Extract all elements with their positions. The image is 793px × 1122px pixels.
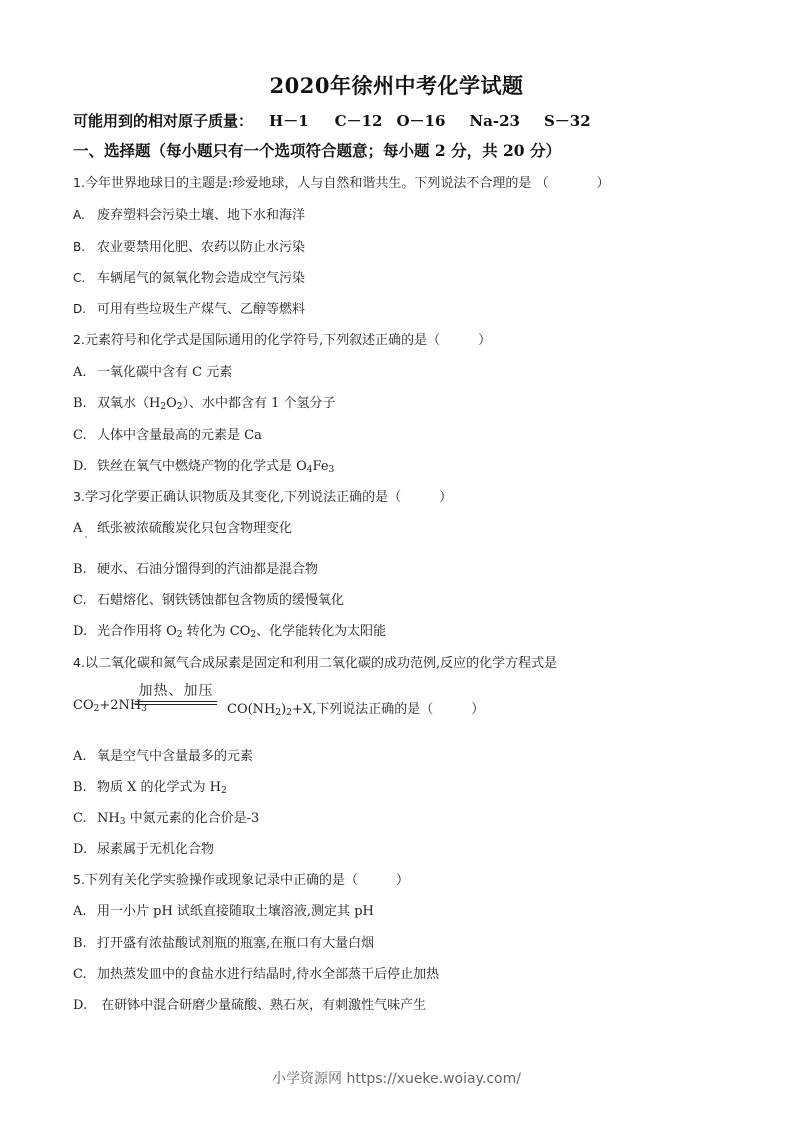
question-text: 元素符号和化学式是国际通用的化学符号,下列叙述正确的是 bbox=[85, 333, 427, 348]
question-2-option-b: B.双氧水（H2O2）、水中都含有 1 个氢分子 bbox=[73, 392, 336, 411]
exam-page: 2020年徐州中考化学试题 可能用到的相对原子质量：H－1C－12O－16Na-… bbox=[0, 0, 793, 1122]
question-text: 下列有关化学实验操作或现象记录中正确的是 bbox=[85, 873, 345, 888]
atomic-mass-c: C－12 bbox=[335, 110, 383, 131]
question-text: 今年世界地球日的主题是:珍爱地球，人与自然和谐共生。下列说法不合理的是 bbox=[85, 176, 531, 191]
atomic-mass-o: O－16 bbox=[396, 110, 445, 131]
footer-watermark: 小学资源网 https://xueke.woiay.com/ bbox=[0, 1068, 793, 1088]
option-text: 石蜡熔化、钢铁锈蚀都包含物质的缓慢氧化 bbox=[97, 593, 344, 608]
option-letter: D. bbox=[73, 842, 97, 857]
reaction-condition: 加热、加压 bbox=[135, 680, 217, 700]
option-letter: D. bbox=[73, 459, 97, 474]
option-text: 加热蒸发皿中的食盐水进行结晶时,待水全部蒸干后停止加热 bbox=[97, 967, 439, 982]
question-3-option-b: B.硬水、石油分馏得到的汽油都是混合物 bbox=[73, 558, 318, 577]
option-letter: A. bbox=[73, 904, 97, 919]
question-number: 4. bbox=[73, 655, 85, 670]
option-letter: A. bbox=[73, 208, 97, 222]
option-text: 废弃塑料会污染土壤、地下水和海洋 bbox=[97, 208, 305, 223]
question-number: 1. bbox=[73, 175, 85, 190]
option-letter: B. bbox=[73, 396, 97, 411]
section-heading: 一、选择题（每小题只有一个选项符合题意；每小题 2 分，共 20 分） bbox=[73, 139, 561, 161]
question-1-option-d: D.可用有些垃圾生产煤气、乙醇等燃料 bbox=[73, 298, 305, 317]
question-4-option-b: B.物质 X 的化学式为 H2 bbox=[73, 776, 227, 795]
question-2-option-a: A.一氧化碳中含有 C 元素 bbox=[73, 361, 232, 380]
option-text: NH3 中氮元素的化合价是-3 bbox=[97, 811, 259, 826]
option-text: 硬水、石油分馏得到的汽油都是混合物 bbox=[97, 562, 318, 577]
question-1-option-b: B.农业要禁用化肥、农药以防止水污染 bbox=[73, 236, 305, 255]
question-5-option-d: D. 在研钵中混合研磨少量硫酸、熟石灰，有刺激性气味产生 bbox=[73, 994, 426, 1013]
option-letter: C. bbox=[73, 967, 97, 982]
option-text: 纸张被浓硫酸炭化只包含物理变化 bbox=[97, 521, 292, 536]
question-4-option-d: D.尿素属于无机化合物 bbox=[73, 838, 214, 857]
option-letter: B. bbox=[73, 936, 97, 951]
question-5-option-c: C.加热蒸发皿中的食盐水进行结晶时,待水全部蒸干后停止加热 bbox=[73, 963, 439, 982]
option-text: 氧是空气中含量最多的元素 bbox=[97, 749, 253, 764]
option-text: 物质 X 的化学式为 H2 bbox=[97, 780, 227, 795]
question-4-stem: 4.以二氧化碳和氮气合成尿素是固定和利用二氧化碳的成功范例,反应的化学方程式是 bbox=[73, 652, 557, 671]
question-2-option-c: C.人体中含量最高的元素是 Ca bbox=[73, 424, 262, 443]
option-letter: B. bbox=[73, 240, 97, 254]
question-4-option-a: A.氧是空气中含量最多的元素 bbox=[73, 745, 253, 764]
question-4-option-c: C.NH3 中氮元素的化合价是-3 bbox=[73, 807, 259, 826]
atomic-mass-s: S－32 bbox=[544, 110, 591, 131]
question-text: 以二氧化碳和氮气合成尿素是固定和利用二氧化碳的成功范例,反应的化学方程式是 bbox=[85, 656, 557, 671]
atomic-mass-h: H－1 bbox=[269, 110, 309, 131]
question-3-option-d: D.光合作用将 O2 转化为 CO2、化学能转化为太阳能 bbox=[73, 620, 386, 639]
answer-blank: （） bbox=[345, 869, 409, 888]
option-text: 铁丝在氧气中燃烧产物的化学式是 O4Fe3 bbox=[97, 459, 334, 474]
question-number: 3. bbox=[73, 489, 85, 504]
option-letter: C. bbox=[73, 271, 97, 285]
question-3-stem: 3.学习化学要正确认识物质及其变化,下列说法正确的是（） bbox=[73, 486, 452, 505]
option-text: 打开盛有浓盐酸试剂瓶的瓶塞,在瓶口有大量白烟 bbox=[97, 936, 374, 951]
option-text: 车辆尾气的氮氧化物会造成空气污染 bbox=[97, 271, 305, 286]
answer-blank: （） bbox=[388, 486, 452, 505]
option-text: 一氧化碳中含有 C 元素 bbox=[97, 365, 232, 380]
option-letter: C. bbox=[73, 428, 97, 443]
equals-double-bar bbox=[135, 701, 217, 705]
question-5-option-b: B.打开盛有浓盐酸试剂瓶的瓶塞,在瓶口有大量白烟 bbox=[73, 932, 374, 951]
option-text: 双氧水（H2O2）、水中都含有 1 个氢分子 bbox=[97, 396, 336, 411]
question-3-option-c: C.石蜡熔化、钢铁锈蚀都包含物质的缓慢氧化 bbox=[73, 589, 344, 608]
question-1-option-c: C.车辆尾气的氮氧化物会造成空气污染 bbox=[73, 267, 305, 286]
option-text: 农业要禁用化肥、农药以防止水污染 bbox=[97, 240, 305, 255]
option-text: 尿素属于无机化合物 bbox=[97, 842, 214, 857]
question-2-option-d: D.铁丝在氧气中燃烧产物的化学式是 O4Fe3 bbox=[73, 455, 334, 474]
option-letter: D. bbox=[73, 998, 97, 1013]
atomic-mass-label: 可能用到的相对原子质量： bbox=[73, 112, 253, 130]
question-1-stem: 1.今年世界地球日的主题是:珍爱地球，人与自然和谐共生。下列说法不合理的是 （） bbox=[73, 172, 610, 191]
reaction-condition-arrow: 加热、加压 bbox=[135, 680, 217, 705]
option-letter: C. bbox=[73, 593, 97, 608]
option-text: 光合作用将 O2 转化为 CO2、化学能转化为太阳能 bbox=[97, 624, 386, 639]
option-text: 人体中含量最高的元素是 Ca bbox=[97, 428, 262, 443]
question-3-option-a: A纸张被浓硫酸炭化只包含物理变化 bbox=[73, 517, 292, 536]
print-speck bbox=[85, 536, 87, 538]
option-letter: A bbox=[73, 521, 97, 536]
question-number: 2. bbox=[73, 332, 85, 347]
page-title: 2020年徐州中考化学试题 bbox=[0, 70, 793, 100]
option-letter: B. bbox=[73, 562, 97, 577]
option-text: 用一小片 pH 试纸直接随取土壤溶液,测定其 pH bbox=[97, 904, 374, 919]
answer-blank: （） bbox=[535, 172, 609, 191]
question-5-stem: 5.下列有关化学实验操作或现象记录中正确的是（） bbox=[73, 869, 409, 888]
question-number: 5. bbox=[73, 872, 85, 887]
equation-products: CO(NH2)2+X,下列说法正确的是（） bbox=[227, 698, 484, 717]
option-text: 在研钵中混合研磨少量硫酸、熟石灰，有刺激性气味产生 bbox=[97, 998, 426, 1013]
atomic-mass-line: 可能用到的相对原子质量：H－1C－12O－16Na-23S－32 bbox=[73, 110, 591, 131]
option-letter: C. bbox=[73, 811, 97, 826]
option-letter: D. bbox=[73, 302, 97, 316]
answer-blank: （） bbox=[420, 698, 484, 717]
question-text: 学习化学要正确认识物质及其变化,下列说法正确的是 bbox=[85, 490, 388, 505]
question-2-stem: 2.元素符号和化学式是国际通用的化学符号,下列叙述正确的是（） bbox=[73, 329, 491, 348]
option-text: 可用有些垃圾生产煤气、乙醇等燃料 bbox=[97, 302, 305, 317]
option-letter: A. bbox=[73, 365, 97, 380]
atomic-mass-na: Na-23 bbox=[469, 112, 520, 130]
question-1-option-a: A.废弃塑料会污染土壤、地下水和海洋 bbox=[73, 204, 305, 223]
question-5-option-a: A.用一小片 pH 试纸直接随取土壤溶液,测定其 pH bbox=[73, 900, 374, 919]
answer-blank: （） bbox=[427, 329, 491, 348]
option-letter: D. bbox=[73, 624, 97, 639]
option-letter: A. bbox=[73, 749, 97, 764]
option-letter: B. bbox=[73, 780, 97, 795]
